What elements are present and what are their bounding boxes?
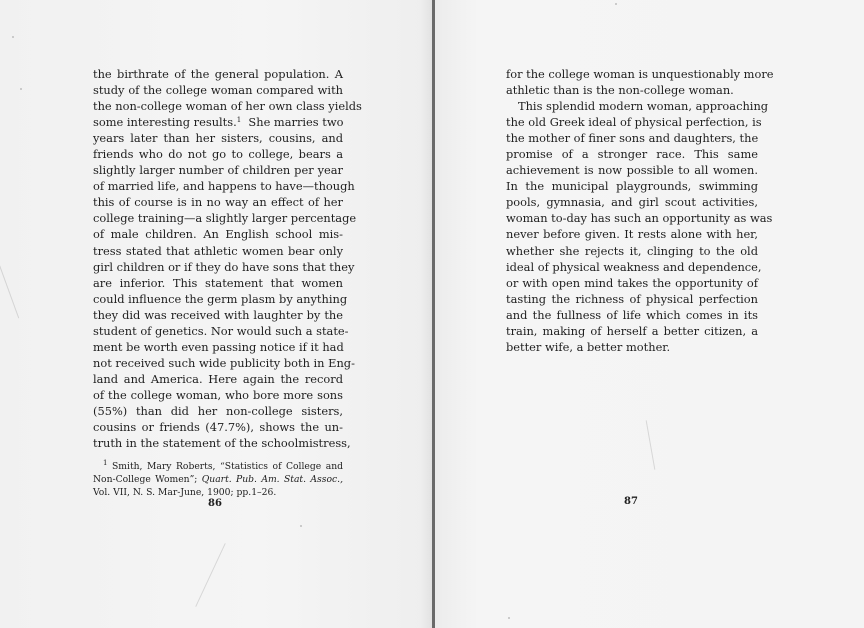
body-line: the mother of finer sons and daughters, … [506,130,758,146]
footnote-text: Smith, Mary Roberts, “Statistics of Coll… [112,461,343,472]
body-line-text: some interesting results. [93,115,237,129]
paper-crease [646,420,656,469]
body-line: they did was received with laughter by t… [93,307,343,323]
body-line: truth in the statement of the schoolmist… [93,435,343,451]
left-page: the birthrate of the general population.… [0,0,433,628]
body-line: or with open mind takes the opportunity … [506,275,758,291]
paper-speck [508,617,510,619]
body-line: the old Greek ideal of physical perfecti… [506,114,758,130]
paper-speck [300,525,302,527]
body-line: This splendid modern woman, approaching [506,98,758,114]
body-line: ideal of physical weakness and dependenc… [506,259,758,275]
body-line: achievement is now possible to all women… [506,162,758,178]
footnote-journal-title: Quart. Pub. Am. Stat. Assoc., [202,474,343,485]
paper-crease [0,262,19,319]
body-line: of married life, and happens to have—tho… [93,178,343,194]
paper-speck [20,88,22,90]
paper-speck [615,3,617,5]
footnote-line: 1 Smith, Mary Roberts, “Statistics of Co… [93,460,343,473]
paper-speck [12,36,14,38]
body-line: for the college woman is unquestionably … [506,66,758,82]
body-line-text: She marries two [241,115,343,129]
paper-crease [195,543,225,607]
body-line: of male children. An English school mis- [93,226,343,242]
footnote-marker: 1 [103,459,107,467]
body-line: tress stated that athletic women bear on… [93,243,343,259]
body-line: athletic than is the non-college woman. [506,82,758,98]
body-line: college training—a slightly larger perce… [93,210,343,226]
body-line: woman to-day has such an opportunity as … [506,210,758,226]
body-line: tasting the richness of physical perfect… [506,291,758,307]
left-page-body: the birthrate of the general population.… [93,66,343,451]
footnote: 1 Smith, Mary Roberts, “Statistics of Co… [93,460,343,499]
body-line: In the municipal playgrounds, swimming [506,178,758,194]
body-line: years later than her sisters, cousins, a… [93,130,343,146]
body-line: girl children or if they do have sons th… [93,259,343,275]
footnote-line: Non-College Women”; Quart. Pub. Am. Stat… [93,473,343,486]
body-line: train, making of herself a better citize… [506,323,758,339]
body-line: the birthrate of the general population.… [93,66,343,82]
body-line: never before given. It rests alone with … [506,226,758,242]
body-line: better wife, a better mother. [506,339,758,355]
body-line: cousins or friends (47.7%), shows the un… [93,419,343,435]
body-line: not received such wide publicity both in… [93,355,343,371]
footnote-text: Non-College Women”; [93,474,202,485]
body-line: student of genetics. Nor would such a st… [93,323,343,339]
body-line: could influence the germ plasm by anythi… [93,291,343,307]
body-line: land and America. Here again the record [93,371,343,387]
page-number-left: 86 [208,498,222,509]
body-line: slightly larger number of children per y… [93,162,343,178]
body-line: (55%) than did her non-college sisters, [93,403,343,419]
page-number-right: 87 [624,496,638,507]
body-line: study of the college woman compared with [93,82,343,98]
body-line: pools, gymnasia, and girl scout activiti… [506,194,758,210]
body-line: whether she rejects it, clinging to the … [506,243,758,259]
body-line: the non-college woman of her own class y… [93,98,343,114]
body-line-with-footnote-ref: some interesting results.1 She marries t… [93,114,343,130]
body-line: of the college woman, who bore more sons [93,387,343,403]
right-page-body: for the college woman is unquestionably … [506,66,758,355]
body-line: are inferior. This statement that women [93,275,343,291]
body-line: promise of a stronger race. This same [506,146,758,162]
book-spread: the birthrate of the general population.… [0,0,864,628]
body-line: this of course is in no way an effect of… [93,194,343,210]
gutter-shadow [420,0,432,628]
body-line: and the fullness of life which comes in … [506,307,758,323]
body-line: ment be worth even passing notice if it … [93,339,343,355]
body-line: friends who do not go to college, bears … [93,146,343,162]
